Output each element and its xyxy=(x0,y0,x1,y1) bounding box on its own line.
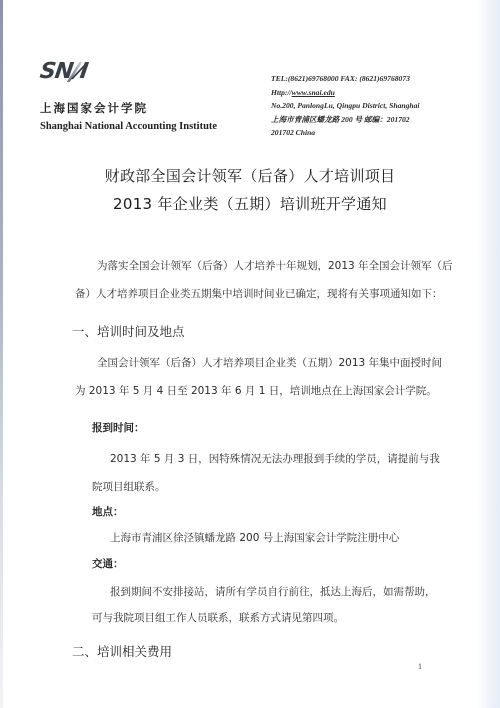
institute-name-cn: 上海国家会计学院 xyxy=(40,100,148,116)
address-en: No.200, PanlongLu, Qingpu District, Shan… xyxy=(271,99,486,113)
intro-line2: 备）人才培养项目企业类五期集中培训时间业已确定，现将有关事项通知如下： xyxy=(75,286,455,301)
http-label: Http:// xyxy=(271,88,292,97)
tel-fax: TEL:(8621)69768000 FAX: (8621)69768073 xyxy=(271,72,486,86)
document-page: SN ⁄ I 上海国家会计学院 Shanghai National Accoun… xyxy=(0,0,500,708)
section-heading-1: 一、培训时间及地点 xyxy=(72,322,185,340)
transport-line1: 报到期间不安排接站，请所有学员自行前往，抵达上海后，如需帮助， xyxy=(110,584,490,599)
snai-logo: SN ⁄ I xyxy=(40,61,87,83)
location-label: 地点： xyxy=(92,504,124,519)
transport-line2: 可与我院项目组工作人员联系，联系方式请见第四项。 xyxy=(92,610,472,625)
website-line: Http://www.snai.edu xyxy=(271,86,486,100)
section1-para-line1: 全国会计领军（后备）人才培养项目企业类（五期）2013 年集中面授时间 xyxy=(97,355,477,370)
checkin-time-line1: 2013 年 5 月 3 日，因特殊情况无法办理报到手续的学员，请提前与我 xyxy=(110,451,490,466)
transport-label: 交通： xyxy=(92,556,124,571)
intro-line1: 为落实全国会计领军（后备）人才培养十年规划，2013 年全国会计领军（后 xyxy=(97,258,477,273)
institute-name-en: Shanghai National Accounting Institute xyxy=(40,121,217,132)
contact-block: TEL:(8621)69768000 FAX: (8621)69768073 H… xyxy=(271,72,486,140)
document-title-line2: 2013 年企业类（五期）培训班开学通知 xyxy=(0,193,500,214)
checkin-time-line2: 院项目组联系。 xyxy=(92,479,472,494)
address-cn: 上海市青浦区蟠龙路 200 号 邮编：201702 xyxy=(271,113,486,127)
document-title-line1: 财政部全国会计领军（后备）人才培训项目 xyxy=(0,165,500,186)
page-number: 1 xyxy=(418,662,422,671)
location-line1: 上海市青浦区徐泾镇蟠龙路 200 号上海国家会计学院注册中心 xyxy=(110,530,490,545)
website-link[interactable]: www.snai.edu xyxy=(292,88,335,97)
postal-country: 201702 China xyxy=(271,126,486,140)
section-heading-2: 二、培训相关费用 xyxy=(72,642,172,660)
section1-para-line2: 为 2013 年 5 月 4 日至 2013 年 6 月 1 日，培训地点在上海… xyxy=(75,383,455,398)
checkin-time-label: 报到时间： xyxy=(92,420,145,435)
